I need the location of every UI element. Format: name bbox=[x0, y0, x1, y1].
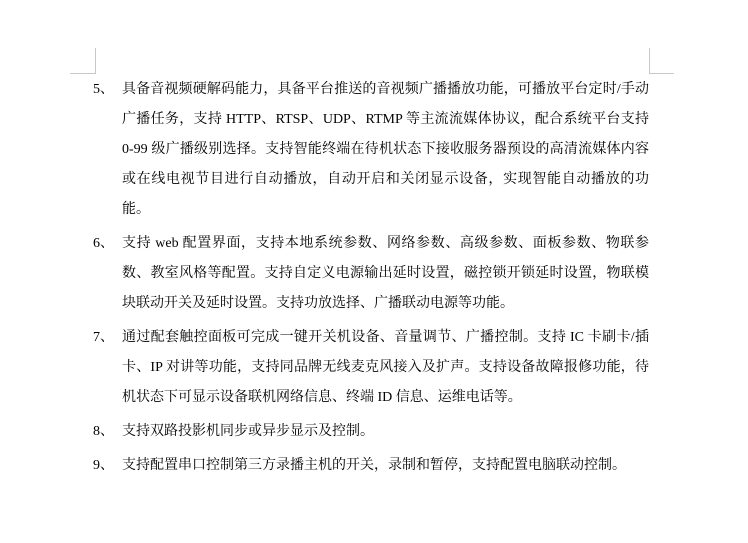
list-item: 5、 具备音视频硬解码能力，具备平台推送的音视频广播播放功能，可播放平台定时/手… bbox=[93, 75, 649, 225]
list-item-number: 9、 bbox=[93, 451, 122, 481]
list-item-text: 支持双路投影机同步或异步显示及控制。 bbox=[122, 417, 649, 447]
page-margin-mark-top-left bbox=[70, 48, 96, 74]
list-item-number: 6、 bbox=[93, 229, 122, 319]
document-text-area[interactable]: 5、 具备音视频硬解码能力，具备平台推送的音视频广播播放功能，可播放平台定时/手… bbox=[93, 75, 649, 485]
list-item: 8、 支持双路投影机同步或异步显示及控制。 bbox=[93, 417, 649, 447]
list-item: 7、 通过配套触控面板可完成一键开关机设备、音量调节、广播控制。支持 IC 卡刷… bbox=[93, 323, 649, 413]
page-margin-mark-top-right bbox=[649, 48, 674, 74]
list-item-text: 具备音视频硬解码能力，具备平台推送的音视频广播播放功能，可播放平台定时/手动广播… bbox=[122, 75, 649, 225]
list-item-text: 支持 web 配置界面，支持本地系统参数、网络参数、高级参数、面板参数、物联参数… bbox=[122, 229, 649, 319]
list-item-text: 通过配套触控面板可完成一键开关机设备、音量调节、广播控制。支持 IC 卡刷卡/插… bbox=[122, 323, 649, 413]
list-item: 6、 支持 web 配置界面，支持本地系统参数、网络参数、高级参数、面板参数、物… bbox=[93, 229, 649, 319]
list-item: 9、 支持配置串口控制第三方录播主机的开关，录制和暂停，支持配置电脑联动控制。 bbox=[93, 451, 649, 481]
document-page: 5、 具备音视频硬解码能力，具备平台推送的音视频广播播放功能，可播放平台定时/手… bbox=[0, 0, 748, 543]
list-item-number: 7、 bbox=[93, 323, 122, 413]
list-item-text: 支持配置串口控制第三方录播主机的开关，录制和暂停，支持配置电脑联动控制。 bbox=[122, 451, 649, 481]
list-item-number: 8、 bbox=[93, 417, 122, 447]
list-item-number: 5、 bbox=[93, 75, 122, 225]
